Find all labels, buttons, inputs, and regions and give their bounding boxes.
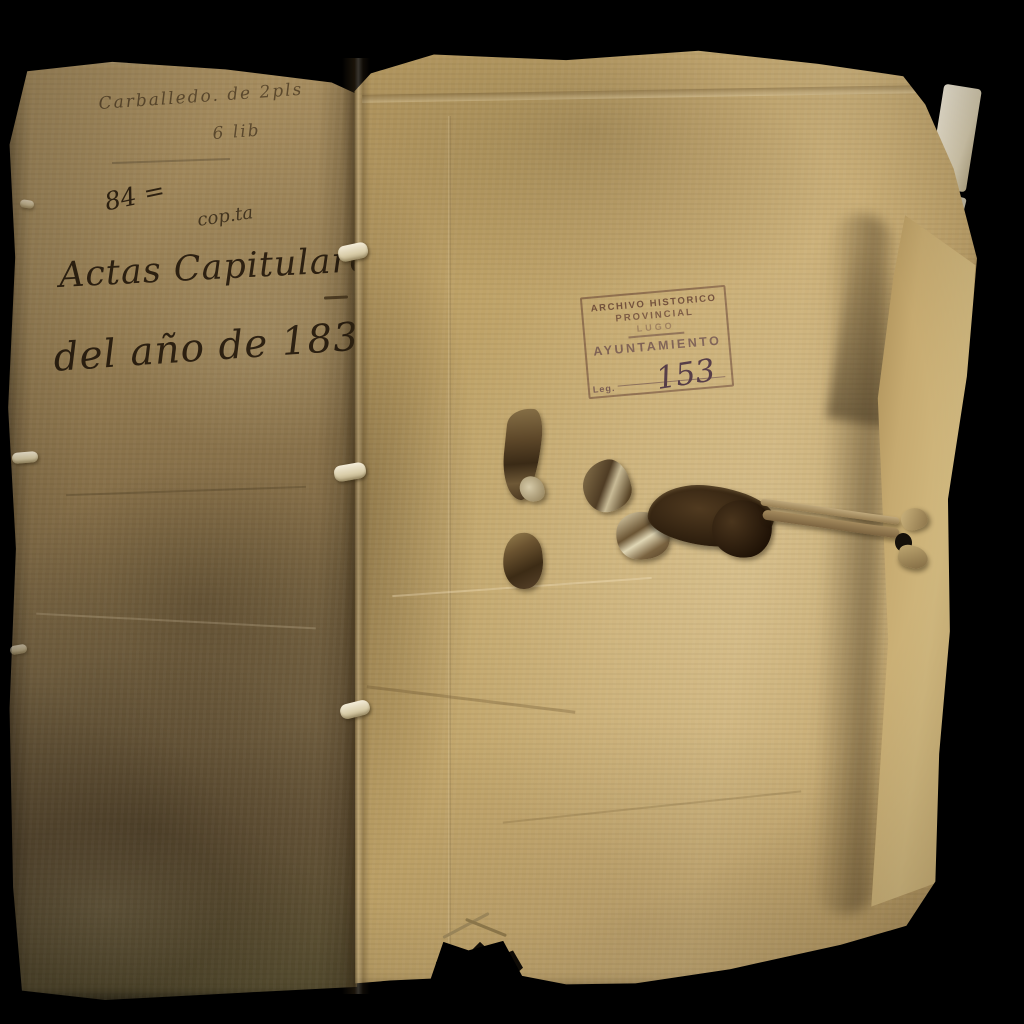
stamp-leg-label: Leg. bbox=[592, 383, 615, 395]
torn-thread bbox=[442, 912, 489, 939]
title-flourish-stroke bbox=[324, 295, 348, 299]
archive-stamp: ARCHIVO HISTORICO PROVINCIAL LUGO AYUNTA… bbox=[580, 285, 734, 399]
price-note-part1: 84 = bbox=[102, 175, 167, 216]
top-fold-crease bbox=[362, 85, 922, 103]
torn-thread bbox=[465, 918, 507, 937]
leather-tie-remnant bbox=[579, 456, 635, 516]
shelf-note-line1: Carballedo. de 2pls bbox=[98, 80, 304, 114]
vellum-grain bbox=[6, 60, 360, 1000]
left-cover: Carballedo. de 2pls 6 lib 84 = cop.ta Ac… bbox=[6, 60, 360, 1000]
price-note-part2: cop.ta bbox=[196, 202, 255, 231]
right-cover: ARCHIVO HISTORICO PROVINCIAL LUGO AYUNTA… bbox=[352, 46, 982, 990]
stamp-number: 153 bbox=[653, 352, 717, 397]
leather-tie-remnant bbox=[500, 531, 546, 591]
crease-line bbox=[503, 790, 802, 823]
title-line-2: del año de 1830. bbox=[52, 312, 400, 381]
shelf-note-line2: 6 lib bbox=[212, 121, 261, 144]
crease-line bbox=[367, 685, 576, 714]
crease-line bbox=[66, 486, 306, 496]
crease-line bbox=[448, 116, 451, 946]
photo-stage: Carballedo. de 2pls 6 lib 84 = cop.ta Ac… bbox=[0, 0, 1024, 1024]
crease-line bbox=[36, 613, 316, 630]
tear-damage bbox=[428, 930, 528, 984]
faint-underline-stroke bbox=[112, 158, 230, 164]
